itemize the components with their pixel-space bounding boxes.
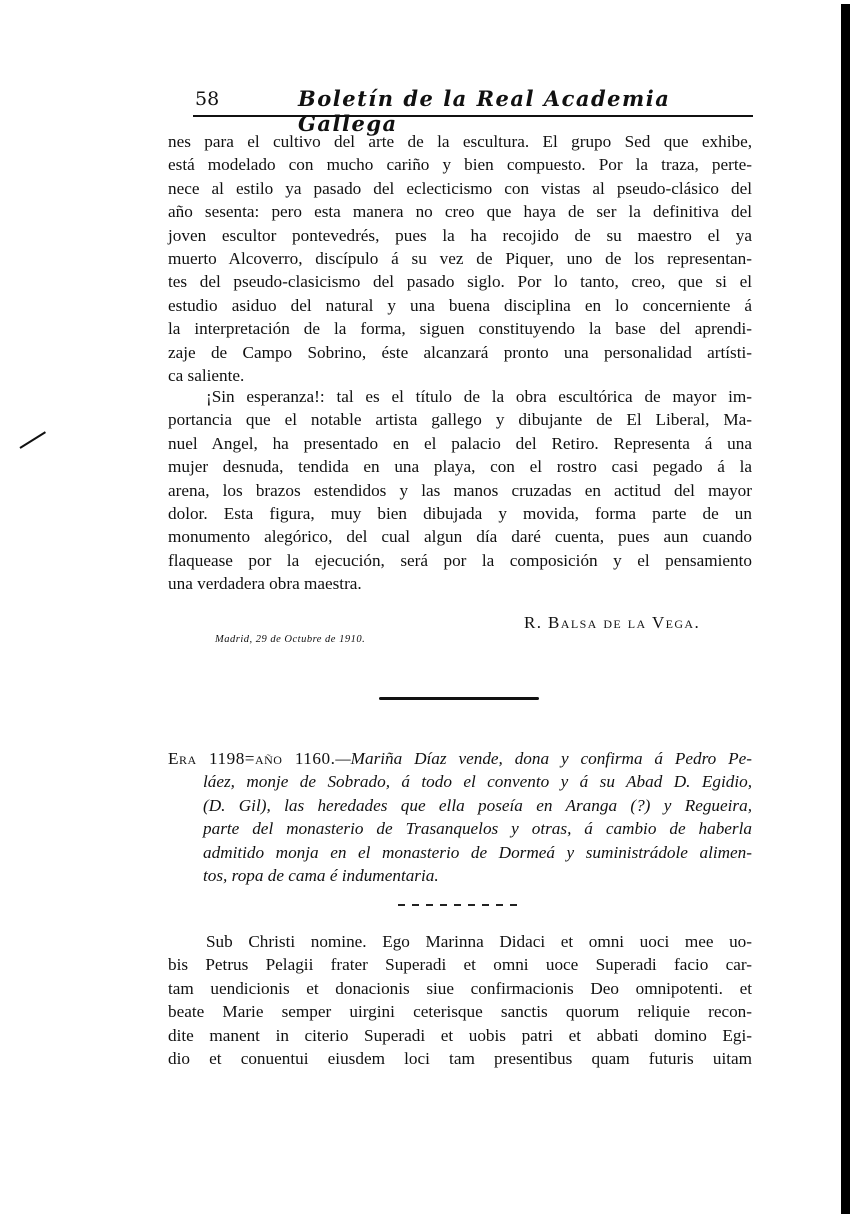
- abstract-text: —Mariña Díaz vende, dona y confirma á Pe…: [335, 749, 752, 768]
- text-line: nes para el cultivo del arte de la escul…: [168, 130, 752, 153]
- margin-pencil-mark: [19, 431, 46, 449]
- text-line: portancia que el notable artista gallego…: [168, 408, 752, 431]
- abstract-first-line: Era 1198=año 1160.—Mariña Díaz vende, do…: [168, 747, 752, 770]
- latin-charter-text: Sub Christi nomine. Ego Marinna Didaci e…: [168, 930, 752, 1070]
- text-line: año sesenta: pero esta manera no creo qu…: [168, 200, 752, 223]
- text-line: la interpretación de la forma, siguen co…: [168, 317, 752, 340]
- era-date-label: Era 1198=año 1160.: [168, 749, 335, 768]
- text-line: nece al estilo ya pasado del eclecticism…: [168, 177, 752, 200]
- abstract-line: tos, ropa de cama é indumentaria.: [168, 864, 752, 887]
- text-line: flaquease por la ejecución, será por la …: [168, 549, 752, 572]
- text-line: zaje de Campo Sobrino, éste alcanzará pr…: [168, 341, 752, 364]
- document-abstract: Era 1198=año 1160.—Mariña Díaz vende, do…: [168, 747, 752, 887]
- text-line: tes del pseudo-clasicismo del pasado sig…: [168, 270, 752, 293]
- dateline: Madrid, 29 de Octubre de 1910.: [215, 634, 365, 645]
- scan-edge-shadow: [841, 4, 850, 1214]
- header-rule: [193, 115, 753, 117]
- text-line: arena, los brazos estendidos y las manos…: [168, 479, 752, 502]
- author-signature: R. Balsa de la Vega.: [524, 613, 700, 633]
- text-line: monumento alegórico, del cual algun día …: [168, 525, 752, 548]
- text-line: mujer desnuda, tendida en una playa, con…: [168, 455, 752, 478]
- text-line: muerto Alcoverro, discípulo á su vez de …: [168, 247, 752, 270]
- text-line: está modelado con mucho cariño y bien co…: [168, 153, 752, 176]
- text-line: estudio asiduo del natural y una buena d…: [168, 294, 752, 317]
- text-line: una verdadera obra maestra.: [168, 572, 752, 595]
- abstract-line: parte del monasterio de Trasanquelos y o…: [168, 817, 752, 840]
- dashed-separator: [398, 904, 518, 906]
- text-line: joven escultor pontevedrés, pues la ha r…: [168, 224, 752, 247]
- text-line: bis Petrus Pelagii frater Superadi et om…: [168, 953, 752, 976]
- text-line: nuel Angel, ha presentado en el palacio …: [168, 432, 752, 455]
- article-paragraph-1: nes para el cultivo del arte de la escul…: [168, 130, 752, 387]
- text-line: dio et conuentui eiusdem loci tam presen…: [168, 1047, 752, 1070]
- text-line: ¡Sin esperanza!: tal es el título de la …: [168, 385, 752, 408]
- text-line: ca saliente.: [168, 364, 752, 387]
- abstract-line: admitido monja en el monasterio de Dorme…: [168, 841, 752, 864]
- text-line: beate Marie semper uirgini ceterisque sa…: [168, 1000, 752, 1023]
- running-header: 58 Boletín de la Real Academia Gallega: [193, 84, 753, 120]
- scanned-page: 58 Boletín de la Real Academia Gallega n…: [0, 0, 850, 1219]
- text-line: dite manent in citerio Superadi et uobis…: [168, 1024, 752, 1047]
- article-paragraph-2: ¡Sin esperanza!: tal es el título de la …: [168, 385, 752, 596]
- page-number: 58: [195, 88, 219, 110]
- text-line: Sub Christi nomine. Ego Marinna Didaci e…: [168, 930, 752, 953]
- text-line: tam uendicionis et donacionis siue confi…: [168, 977, 752, 1000]
- abstract-line: (D. Gil), las heredades que ella poseía …: [168, 794, 752, 817]
- text-line: dolor. Esta figura, muy bien dibujada y …: [168, 502, 752, 525]
- section-divider: [379, 697, 539, 700]
- abstract-line: láez, monje de Sobrado, á todo el conven…: [168, 770, 752, 793]
- journal-title: Boletín de la Real Academia Gallega: [298, 86, 753, 136]
